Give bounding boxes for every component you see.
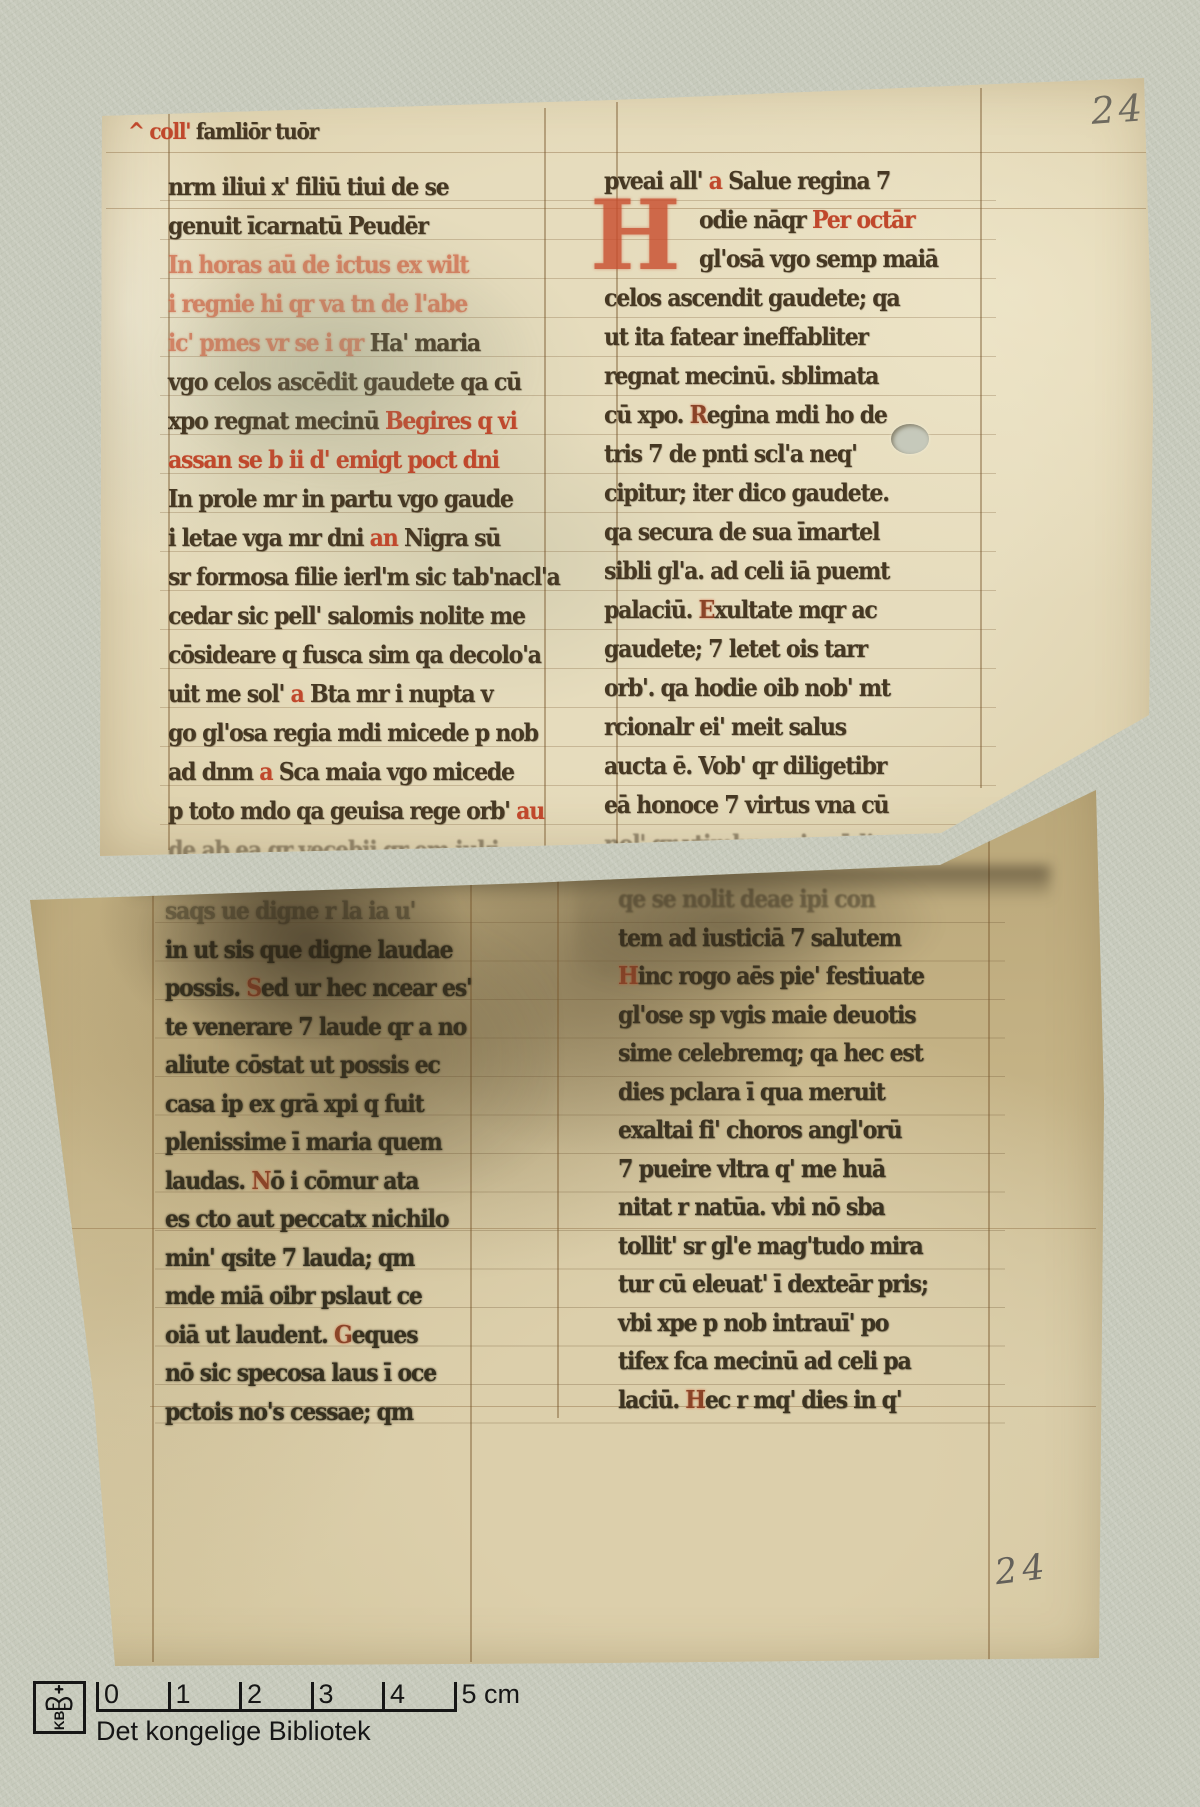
ruler-tick: 4 [382,1682,385,1712]
manuscript-text-line: genuit īcarnatū Peudēr [168,205,538,249]
manuscript-text-line: In horas aū de ictus ex wilt [168,244,538,288]
manuscript-text-line: xpo regnat mecinū Begires q vi [168,400,538,444]
manuscript-text-line: tollit' sr gl'e mag'tudo mira [618,1224,1003,1267]
manuscript-text-line: aliute cōstat ut possis ec [165,1044,525,1087]
manuscript-text-line: ut ita fatear ineffabliter [604,316,954,360]
manuscript-text-line: nitat r natūa. vbi nō sba [618,1186,1003,1229]
manuscript-text-line: p toto mdo qa geuisa rege orb' au [168,790,538,834]
manuscript-text-line: tem ad iusticiā 7 salutem [618,916,1003,959]
manuscript-text-line: de ab ea qr vecebii qr em iuki [168,829,538,873]
manuscript-text-line: eā honoce 7 virtus vna cū [604,784,954,828]
manuscript-text-line: cipitur; iter dico gaudete. [604,472,954,516]
ruler-tick: 5 cm [454,1682,457,1712]
manuscript-column-top-right: pveai all' a Salue regina 7odie nāqr Per… [604,162,954,864]
manuscript-text-line: go gl'osa regia mdi micede p nob [168,712,538,756]
crown-icon: KB [36,1684,82,1730]
manuscript-text-line: saqs ue digne r la ia u' [165,890,525,933]
manuscript-text-line: es cto aut peccatx nichilo [165,1198,525,1241]
manuscript-text-line: vgo celos ascēdit gaudete qa cū [168,361,538,405]
manuscript-text-line: sibli gl'a. ad celi iā puemt [604,550,954,594]
manuscript-fragment-bottom: saqs ue digne r la ia u'in ut sis que di… [20,750,1106,1668]
manuscript-text-line: ^ coll' famliōr tuōr [128,110,318,154]
manuscript-text-line: gaudete; 7 letet ois tarr [604,628,954,672]
ruler-tick-label: 1 [176,1679,191,1710]
ruler-tick: 2 [239,1682,242,1712]
manuscript-text-line: casa ip ex grā xpi q fuit [165,1082,525,1125]
scale-ruler: 0 1 2 3 4 5 cm [96,1682,556,1716]
ruler-tick-label: 2 [247,1679,262,1710]
manuscript-text-line: ic' pmes vr se i qr Ha' maria [168,322,538,366]
manuscript-text-line: sr formosa filie ierl'm sic tab'nacl'a [168,556,538,600]
manuscript-text-line: pctois no's cessae; qm [165,1390,525,1433]
manuscript-text-line: regnat mecinū. sblimata [604,355,954,399]
manuscript-text-line: te venerare 7 laude qr a no [165,1005,525,1048]
kb-logo: KB [33,1681,86,1734]
manuscript-text-line: In prole mr in partu vgo gaude [168,478,538,522]
manuscript-text-line: min' qsite 7 lauda; qm [165,1236,525,1279]
manuscript-text-line: gl'ose sp vgis maie deuotis [618,993,1003,1036]
manuscript-text-line: orb'. qa hodie oib nob' mt [604,667,954,711]
manuscript-text-line: qe se nolit deae ipi con [618,878,1003,921]
manuscript-column-bottom-right: qe se nolit deae ipi contem ad iusticiā … [618,880,1003,1419]
ruler-tick: 0 [96,1682,99,1712]
ruler-tick: 1 [168,1682,171,1712]
ruling-line [152,874,154,1662]
manuscript-text-line: nol' qr vtimbr sacis aū lior [604,823,954,867]
manuscript-text-line: exaltai fi' choros angl'orū [618,1109,1003,1152]
manuscript-text-line: oiā ut laudent. Geques [165,1313,525,1356]
ruling-line [557,878,559,1418]
manuscript-text-line: vbi xpe p nob intrauī' po [618,1301,1003,1344]
manuscript-text-line: palaciū. Exultate mqr ac [604,589,954,633]
ruling-line [544,108,546,848]
ruler-tick-label: 5 cm [462,1679,521,1710]
manuscript-text-line: assan se b ii d' emigt poct dni [168,439,538,483]
manuscript-text-line: qa secura de sua īmartel [604,511,954,555]
manuscript-column-bottom-left: saqs ue digne r la ia u'in ut sis que di… [165,892,525,1431]
ruler-baseline [96,1709,456,1712]
manuscript-fragment-top: ^ coll' famliōr tuōr nrm iliui x' filiū … [96,72,1158,860]
manuscript-text-line: Hinc rogo aēs pie' festiuate [618,955,1003,998]
manuscript-text-line: nō sic specosa laus ī oce [165,1352,525,1395]
manuscript-column-top-left: nrm iliui x' filiū tiui de segenuit īcar… [168,168,538,870]
manuscript-text-line: possis. Sed ur hec ncear es' [165,967,525,1010]
folio-number-bottom: 24 [993,1547,1052,1593]
manuscript-text-line: laciū. Hec r mq' dies in q' [618,1378,1003,1421]
manuscript-text-line: aucta ē. Vob' qr diligetibr [604,745,954,789]
library-name: Det kongelige Bibliotek [96,1716,371,1747]
manuscript-text-line: rcionalr ei' meit salus [604,706,954,750]
manuscript-text-line: nrm iliui x' filiū tiui de se [168,166,538,210]
manuscript-text-line: odie nāqr Per octār [604,199,954,243]
ruler-tick-label: 0 [104,1679,119,1710]
manuscript-text-line: celos ascendit gaudete; qa [604,277,954,321]
manuscript-text-line: tur cū eleuat' ī dexteār pris; [618,1263,1003,1306]
manuscript-text-line: sime celebremq; qa hec est [618,1032,1003,1075]
manuscript-header: ^ coll' famliōr tuōr [128,112,318,151]
ruler-tick-label: 3 [319,1679,334,1710]
manuscript-text-line: 7 pueire vltra q' me huā [618,1147,1003,1190]
manuscript-text-line: cedar sic pell' salomis nolite me [168,595,538,639]
manuscript-text-line: ad dnm a Sca maia vgo micede [168,751,538,795]
manuscript-text-line: mde miā oibr pslaut ce [165,1275,525,1318]
manuscript-text-line: tifex fca mecinū ad celi pa [618,1340,1003,1383]
manuscript-text-line: pveai all' a Salue regina 7 [604,160,954,204]
manuscript-text-line: i letae vga mr dni an Nigra sū [168,517,538,561]
manuscript-text-line: dies pclara ī qua meruit [618,1070,1003,1113]
folio-number-top: 24 [1090,86,1148,133]
manuscript-text-line: plenissime ī maria quem [165,1121,525,1164]
ruling-line [980,88,982,788]
ruler-tick-label: 4 [390,1679,405,1710]
parchment-hole [891,424,929,454]
manuscript-text-line: in ut sis que digne laudae [165,928,525,971]
photo-background: ^ coll' famliōr tuōr nrm iliui x' filiū … [0,0,1200,1807]
manuscript-text-line: laudas. Nō i cōmur ata [165,1159,525,1202]
ruler-tick: 3 [311,1682,314,1712]
svg-text:KB: KB [52,1710,67,1730]
manuscript-text-line: cōsideare q fusca sim qa decolo'a [168,634,538,678]
manuscript-text-line: gl'osā vgo semp maiā [604,238,954,282]
manuscript-text-line: i regnie hi qr va tn de l'abe [168,283,538,327]
manuscript-text-line: uit me sol' a Bta mr i nupta v [168,673,538,717]
